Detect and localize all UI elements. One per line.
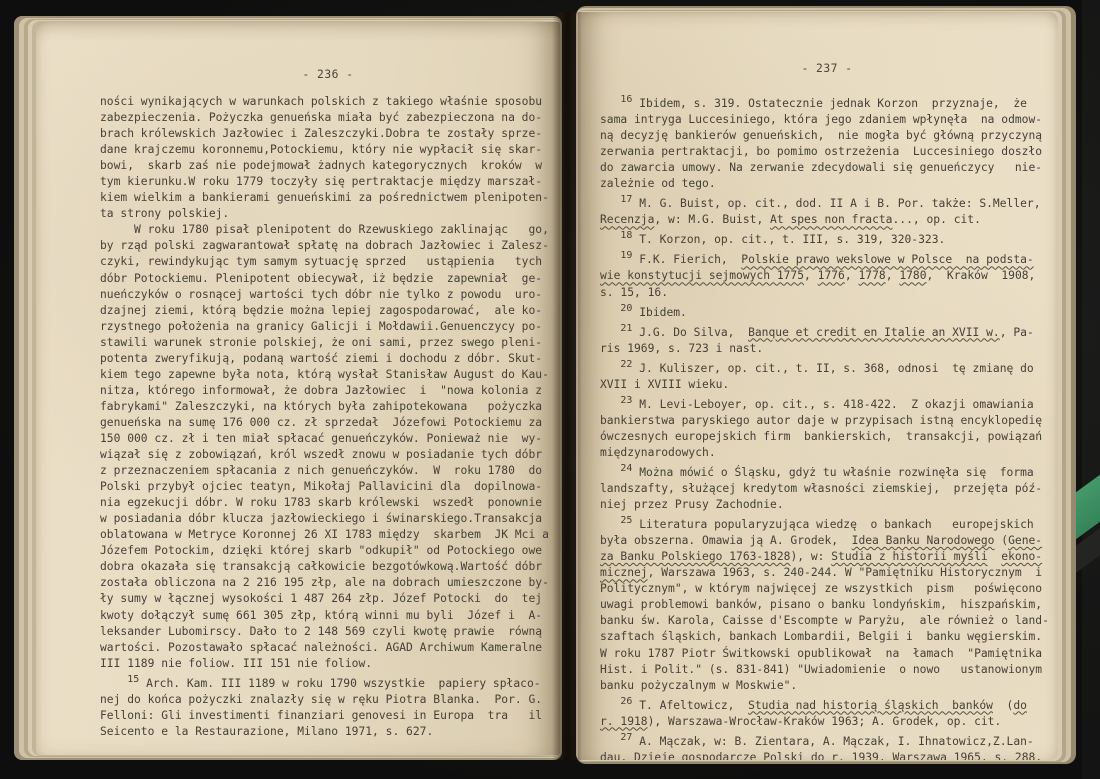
text-segment: nitza, którego informował, że dobra Jazł…	[100, 384, 542, 397]
text-segment: landszafty, służącej kredytom własności …	[600, 482, 1042, 495]
text-segment: wartości. Pozostawało spłacać należności…	[100, 641, 542, 654]
text-segment: , Warszawa 1965, s. 288,	[879, 751, 1042, 760]
text-segment: T. Korzon, op. cit., t. III, s. 319, 320…	[632, 233, 945, 246]
text-line: w posiadania dóbr klucza jazłowieckiego …	[100, 511, 556, 527]
text-line: Recenzja, w: M.G. Buist, At spes non fra…	[600, 212, 1056, 228]
text-segment: 24	[620, 463, 632, 474]
text-line: ris 1969, s. 723 i nast.	[600, 341, 1056, 357]
text-line: banku pożyczalnym w Moskwie".	[600, 678, 1056, 694]
text-segment: dobra okazała się transakcją całkowicie …	[100, 560, 542, 573]
text-line: zależnie od tego.	[600, 176, 1056, 192]
text-segment: z przeznaczeniem spłacania z nich genueń…	[100, 464, 542, 477]
text-segment: M. Levi-Leboyer, op. cit., s. 418-422. Z…	[632, 398, 1033, 411]
text-segment: nej do końca pożyczki znalazły się w ręk…	[100, 693, 542, 706]
text-line: leksander Lubomirscy. Dało to 2 148 569 …	[100, 624, 556, 640]
text-segment: dzajnej ziemi, którą będzie można lepiej…	[100, 304, 542, 317]
text-segment: 1776	[818, 269, 845, 282]
text-segment: brach królewskich Jazłowiec i Zaleszczyk…	[100, 127, 542, 140]
text-segment: ), w:	[790, 550, 831, 563]
text-line: zabezpieczenia. Pożyczka genueńska miała…	[100, 110, 556, 126]
text-line: W roku 1787 Piotr Świtkowski opublikował…	[600, 646, 1056, 662]
text-segment: niej przez Prusy Zachodnie.	[600, 498, 784, 511]
text-line: 23 M. Levi-Leboyer, op. cit., s. 418-422…	[600, 393, 1056, 413]
text-segment: uwagi problemowi banków, pisano o banku …	[600, 598, 1042, 611]
text-line: ta strony polskiej.	[100, 206, 556, 222]
page-number: - 237 -	[602, 62, 1052, 75]
text-segment: 15	[127, 674, 139, 685]
text-segment: 16	[620, 94, 632, 105]
text-segment: 1780	[899, 269, 926, 282]
text-segment: została obliczona na 2 216 195 złp, ale …	[100, 576, 549, 589]
text-line: dóbr Potockiemu. Plenipotent obiecywał, …	[100, 271, 556, 287]
text-segment: Banque et credit en Italie an XVII w.	[748, 326, 1000, 339]
text-segment: Recenzja	[600, 213, 654, 226]
text-segment: J.G. Do Silva,	[632, 326, 748, 339]
text-line: 22 J. Kuliszer, op. cit., t. II, s. 368,…	[600, 357, 1056, 377]
text-segment: 21	[620, 323, 632, 334]
text-segment: kwoty dołączył sumę 661 305 złp, którą w…	[100, 609, 542, 622]
text-line: genueńska na sumę 176 000 cz. zł sprzeda…	[100, 415, 556, 431]
text-line: nueńczyków o rosnącej wartości tych dóbr…	[100, 287, 556, 303]
text-line: by rząd polski zagwarantował spłatę na d…	[100, 238, 556, 254]
text-segment: III 1189 nie foliow. III 151 nie foliow.	[100, 657, 372, 670]
text-line: kiem wielkim a bankierami genueńskimi za…	[100, 190, 556, 206]
text-segment: 20	[620, 303, 632, 314]
text-segment: Felloni: Gli investimenti finanziari gen…	[100, 709, 542, 722]
page-236: - 236 - ności wynikających w warunkach p…	[36, 22, 560, 755]
text-line: dau, Dzieje gospodarcze Polski do r. 193…	[600, 750, 1056, 760]
text-segment: genueńska na sumę 176 000 cz. zł sprzeda…	[100, 416, 542, 429]
text-line: III 1189 nie foliow. III 151 nie foliow.	[100, 656, 556, 672]
text-line: Józefem Potockim, dzięki której skarb "o…	[100, 543, 556, 559]
text-line: dobra okazała się transakcją całkowicie …	[100, 559, 556, 575]
text-segment: kiem wielkim a bankierami genueńskimi za…	[100, 191, 549, 204]
text-segment: Ibidem, s. 319. Ostatecznie jednak Korzo…	[632, 97, 1026, 110]
text-line: Polski przybył ojciec teatyn, Mikołaj Pa…	[100, 479, 556, 495]
text-line: bankierstwa paryskiego autor daje w przy…	[600, 413, 1056, 429]
text-segment	[100, 677, 127, 690]
text-line: Hist. i Polit." (s. 831-841) "Uwiadomien…	[600, 662, 1056, 678]
text-segment: (	[993, 699, 1013, 712]
text-segment: Hist. i Polit." (s. 831-841) "Uwiadomien…	[600, 663, 1042, 676]
text-segment: 18	[620, 230, 632, 241]
text-line: tym kierunku.W roku 1779 toczyły się per…	[100, 174, 556, 190]
text-segment: ,	[886, 269, 900, 282]
text-segment: ówczesnych europejskich firm bankierskic…	[600, 430, 1042, 443]
text-segment	[600, 362, 620, 375]
text-segment: Józefem Potockim, dzięki której skarb "o…	[100, 544, 542, 557]
text-segment: szaftach śląskich, bankach Lombardii, Be…	[600, 630, 1042, 643]
text-line: 27 A. Mączak, w: B. Zientara, A. Mączak,…	[600, 730, 1056, 750]
text-segment: Polskie prawo wekslowe w Polsce na podst…	[741, 253, 1033, 266]
text-segment: ris 1969, s. 723 i nast.	[600, 342, 763, 355]
text-line: dzajnej ziemi, którą będzie można lepiej…	[100, 303, 556, 319]
text-line: banku św. Karola, Caisse d'Escompte w Pa…	[600, 613, 1056, 629]
text-line: szaftach śląskich, bankach Lombardii, Be…	[600, 629, 1056, 645]
text-segment: 17	[620, 194, 632, 205]
text-segment	[600, 253, 620, 266]
text-segment: banku św. Karola, Caisse d'Escompte w Pa…	[600, 614, 1049, 627]
text-segment: by rząd polski zagwarantował spłatę na d…	[100, 239, 549, 252]
text-line: bowi, skarb zaś nie podejmował żadnych k…	[100, 158, 556, 174]
text-line: ną decyzję bankierów genueńskich, nie mo…	[600, 128, 1056, 144]
text-line: kiem tego zapewne była nota, którą wysła…	[100, 367, 556, 383]
text-line: 150 000 cz. zł i ten miał spłacać genueń…	[100, 431, 556, 447]
text-line: wartości. Pozostawało spłacać należności…	[100, 640, 556, 656]
text-segment	[600, 326, 620, 339]
text-line: 15 Arch. Kam. III 1189 w roku 1790 wszys…	[100, 672, 556, 692]
text-line: kwoty dołączył sumę 661 305 złp, którą w…	[100, 608, 556, 624]
text-segment: ekono-	[1001, 550, 1042, 563]
text-segment: wiązał się z zobowiązań, król wszedł zno…	[100, 448, 542, 461]
text-segment: ną decyzję bankierów genueńskich, nie mo…	[600, 129, 1042, 142]
text-segment: rzystnego położenia na granicy Galicji i…	[100, 320, 542, 333]
text-line: micznej, Warszawa 1963, s. 240-244. W "P…	[600, 565, 1056, 581]
book-scan: { "colors": { "background": "#141413", "…	[0, 0, 1100, 779]
text-segment: (	[994, 534, 1008, 547]
text-segment: zerwania pertraktacji, bo pomimo ostrzeż…	[600, 145, 1042, 158]
text-segment: 1778	[858, 269, 885, 282]
text-line: 24 Można mówić o Śląsku, gdyż tu właśnie…	[600, 461, 1056, 481]
text-line: wiązał się z zobowiązań, król wszedł zno…	[100, 447, 556, 463]
text-segment: A. Mączak, w: B. Zientara, A. Mączak, I.…	[632, 735, 1033, 748]
text-segment: zabezpieczenia. Pożyczka genueńska miała…	[100, 111, 542, 124]
text-segment: w posiadania dóbr klucza jazłowieckiego …	[100, 512, 542, 525]
text-segment: bowi, skarb zaś nie podejmował żadnych k…	[100, 159, 542, 172]
text-segment: Ibidem.	[632, 306, 686, 319]
text-segment: Seicento e la Restaurazione, Milano 1971…	[100, 725, 433, 738]
text-line: brach królewskich Jazłowiec i Zaleszczyk…	[100, 126, 556, 142]
text-segment: Gene-	[1008, 534, 1042, 547]
text-line: 20 Ibidem.	[600, 301, 1056, 321]
text-segment: dóbr Potockiemu. Plenipotent obiecywał, …	[100, 272, 542, 285]
text-segment: wie konstytucji sejmowych 1775	[600, 269, 804, 282]
text-line: W roku 1780 pisał plenipotent do Rzewusk…	[100, 222, 556, 238]
text-segment: czyki, rewindykując tym samym sytuację s…	[100, 255, 542, 268]
text-segment: tym kierunku.W roku 1779 toczyły się per…	[100, 175, 542, 188]
text-line: nej do końca pożyczki znalazły się w ręk…	[100, 692, 556, 708]
text-segment: ta strony polskiej.	[100, 207, 229, 220]
text-segment: potenta zweryfikują, podaną wartość ziem…	[100, 352, 542, 365]
text-segment: oblatowana w Metryce Koronnej 26 XI 1783…	[100, 528, 549, 541]
text-segment: , Warszawa 1963, s. 240-244. W "Pamiętni…	[648, 566, 1042, 579]
text-segment: Idea Banku Narodowego	[852, 534, 995, 547]
text-segment: , Pa-	[1000, 326, 1034, 339]
text-segment: Polski przybył ojciec teatyn, Mikołaj Pa…	[100, 480, 542, 493]
text-segment: międzynarodowych.	[600, 446, 716, 459]
text-segment: ,	[804, 269, 818, 282]
text-segment: r. 1918	[600, 715, 648, 728]
text-line: międzynarodowych.	[600, 445, 1056, 461]
text-segment: T. Afeltowicz,	[632, 699, 748, 712]
text-segment: stawili warunek stronie polskiej, że oni…	[100, 336, 542, 349]
text-segment	[600, 699, 620, 712]
text-segment: s. 15, 16.	[600, 286, 668, 299]
text-segment: XVII i XVIII wieku.	[600, 378, 729, 391]
text-segment: bankierstwa paryskiego autor daje w przy…	[600, 414, 1042, 427]
text-segment: za Banku Polskiego 1763-1828	[600, 550, 790, 563]
text-line: fabrykami" Zaleszczyki, na których była …	[100, 399, 556, 415]
text-segment: 19	[620, 250, 632, 261]
text-segment: Arch. Kam. III 1189 w roku 1790 wszystki…	[139, 677, 540, 690]
text-segment: Politycznym", w którym najwięcej ze wszy…	[600, 582, 1042, 595]
text-line: Felloni: Gli investimenti finanziari gen…	[100, 708, 556, 724]
text-segment: Dzieje gospodarcze Polski do r. 1939	[634, 751, 879, 760]
background-edge-highlight	[1082, 0, 1100, 779]
text-segment	[600, 97, 620, 110]
text-segment: dane krajczemu koronnemu,Potockiemu, któ…	[100, 143, 542, 156]
text-segment	[600, 233, 620, 246]
text-line: niej przez Prusy Zachodnie.	[600, 497, 1056, 513]
text-line: 17 M. G. Buist, op. cit., dod. II A i B.…	[600, 192, 1056, 212]
text-line: z przeznaczeniem spłacania z nich genueń…	[100, 463, 556, 479]
text-segment: W roku 1787 Piotr Świtkowski opublikował…	[600, 647, 1042, 660]
text-segment: dau,	[600, 751, 634, 760]
text-segment	[988, 550, 1002, 563]
text-segment	[600, 197, 620, 210]
text-line: s. 15, 16.	[600, 285, 1056, 301]
text-line: do zawarcia umowy. Na zerwanie zdecydowa…	[600, 160, 1056, 176]
text-segment: zależnie od tego.	[600, 177, 716, 190]
page-text: 16 Ibidem, s. 319. Ostatecznie jednak Ko…	[600, 92, 1056, 760]
text-segment: kiem tego zapewne była nota, którą wysła…	[100, 368, 549, 381]
text-segment: nueńczyków o rosnącej wartości tych dóbr…	[100, 288, 542, 301]
text-line: ówczesnych europejskich firm bankierskic…	[600, 429, 1056, 445]
text-segment: była obszerna. Omawia ją A. Grodek,	[600, 534, 852, 547]
text-segment	[600, 518, 620, 531]
text-segment: banku pożyczalnym w Moskwie".	[600, 679, 797, 692]
text-segment: M. G. Buist, op. cit., dod. II A i B. Po…	[632, 197, 1040, 210]
text-segment	[600, 735, 620, 748]
text-segment: 25	[620, 515, 632, 526]
text-line: 21 J.G. Do Silva, Banque et credit en It…	[600, 321, 1056, 341]
text-segment: ły sumy w łącznej wysokości 1 487 264 zł…	[100, 592, 542, 605]
text-line: oblatowana w Metryce Koronnej 26 XI 1783…	[100, 527, 556, 543]
text-segment	[600, 466, 620, 479]
text-segment: 27	[620, 732, 632, 743]
text-line: rzystnego położenia na granicy Galicji i…	[100, 319, 556, 335]
text-segment: leksander Lubomirscy. Dało to 2 148 569 …	[100, 625, 542, 638]
text-segment: nia egzekucji dóbr. W roku 1783 skarb kr…	[100, 496, 542, 509]
text-line: ły sumy w łącznej wysokości 1 487 264 zł…	[100, 591, 556, 607]
text-line: 16 Ibidem, s. 319. Ostatecznie jednak Ko…	[600, 92, 1056, 112]
text-line: wie konstytucji sejmowych 1775, 1776, 17…	[600, 268, 1056, 284]
text-segment: do	[1013, 699, 1027, 712]
text-segment: Można mówić o Śląsku, gdyż tu właśnie ro…	[632, 466, 1033, 479]
text-segment: At spes non fracta	[770, 213, 892, 226]
text-segment: ,	[845, 269, 859, 282]
text-line: czyki, rewindykując tym samym sytuację s…	[100, 254, 556, 270]
text-line: za Banku Polskiego 1763-1828), w: Studia…	[600, 549, 1056, 565]
page-number: - 236 -	[102, 68, 554, 81]
text-line: ności wynikających w warunkach polskich …	[100, 94, 556, 110]
text-line: nia egzekucji dóbr. W roku 1783 skarb kr…	[100, 495, 556, 511]
text-segment: ności wynikających w warunkach polskich …	[100, 95, 542, 108]
text-segment: 22	[620, 359, 632, 370]
text-line: została obliczona na 2 216 195 złp, ale …	[100, 575, 556, 591]
text-line: była obszerna. Omawia ją A. Grodek, Idea…	[600, 533, 1056, 549]
text-segment: fabrykami" Zaleszczyki, na których była …	[100, 400, 542, 413]
text-segment: 150 000 cz. zł i ten miał spłacać genueń…	[100, 432, 542, 445]
text-segment: ..., op. cit.	[892, 213, 980, 226]
text-line: nitza, którego informował, że dobra Jazł…	[100, 383, 556, 399]
text-line: landszafty, służącej kredytom własności …	[600, 481, 1056, 497]
text-line: r. 1918), Warszawa-Wrocław-Kraków 1963; …	[600, 714, 1056, 730]
text-line: zerwania pertraktacji, bo pomimo ostrzeż…	[600, 144, 1056, 160]
text-segment: 23	[620, 395, 632, 406]
text-line: 19 F.K. Fierich, Polskie prawo wekslowe …	[600, 248, 1056, 268]
text-line: dane krajczemu koronnemu,Potockiemu, któ…	[100, 142, 556, 158]
text-line: stawili warunek stronie polskiej, że oni…	[100, 335, 556, 351]
page-237: - 237 - 16 Ibidem, s. 319. Ostatecznie j…	[578, 12, 1058, 760]
text-segment: J. Kuliszer, op. cit., t. II, s. 368, od…	[632, 362, 1033, 375]
page-text: ności wynikających w warunkach polskich …	[100, 94, 556, 740]
text-line: 25 Literatura popularyzująca wiedzę o ba…	[600, 513, 1056, 533]
text-segment: , Kraków 1908,	[927, 269, 1036, 282]
text-line: 26 T. Afeltowicz, Studia nad historią śl…	[600, 694, 1056, 714]
text-line: Politycznym", w którym najwięcej ze wszy…	[600, 581, 1056, 597]
text-segment: sama intryga Luccesiniego, która jego zd…	[600, 113, 1042, 126]
text-segment: 26	[620, 696, 632, 707]
text-segment: W roku 1780 pisał plenipotent do Rzewusk…	[100, 223, 549, 236]
text-segment: Literatura popularyzująca wiedzę o banka…	[632, 518, 1033, 531]
text-line: XVII i XVIII wieku.	[600, 377, 1056, 393]
text-segment	[600, 306, 620, 319]
text-segment: micznej	[600, 566, 648, 579]
text-line: uwagi problemowi banków, pisano o banku …	[600, 597, 1056, 613]
text-line: 18 T. Korzon, op. cit., t. III, s. 319, …	[600, 228, 1056, 248]
text-segment: Studia z historii myśli	[831, 550, 987, 563]
text-line: sama intryga Luccesiniego, która jego zd…	[600, 112, 1056, 128]
text-segment: , w: M.G. Buist,	[654, 213, 770, 226]
text-segment	[600, 398, 620, 411]
text-segment: Studia nad historią śląskich banków	[748, 699, 993, 712]
text-line: Seicento e la Restaurazione, Milano 1971…	[100, 724, 556, 740]
text-segment: F.K. Fierich,	[632, 253, 741, 266]
text-line: potenta zweryfikują, podaną wartość ziem…	[100, 351, 556, 367]
text-segment: ), Warszawa-Wrocław-Kraków 1963; A. Grod…	[648, 715, 1002, 728]
text-segment: do zawarcia umowy. Na zerwanie zdecydowa…	[600, 161, 1042, 174]
